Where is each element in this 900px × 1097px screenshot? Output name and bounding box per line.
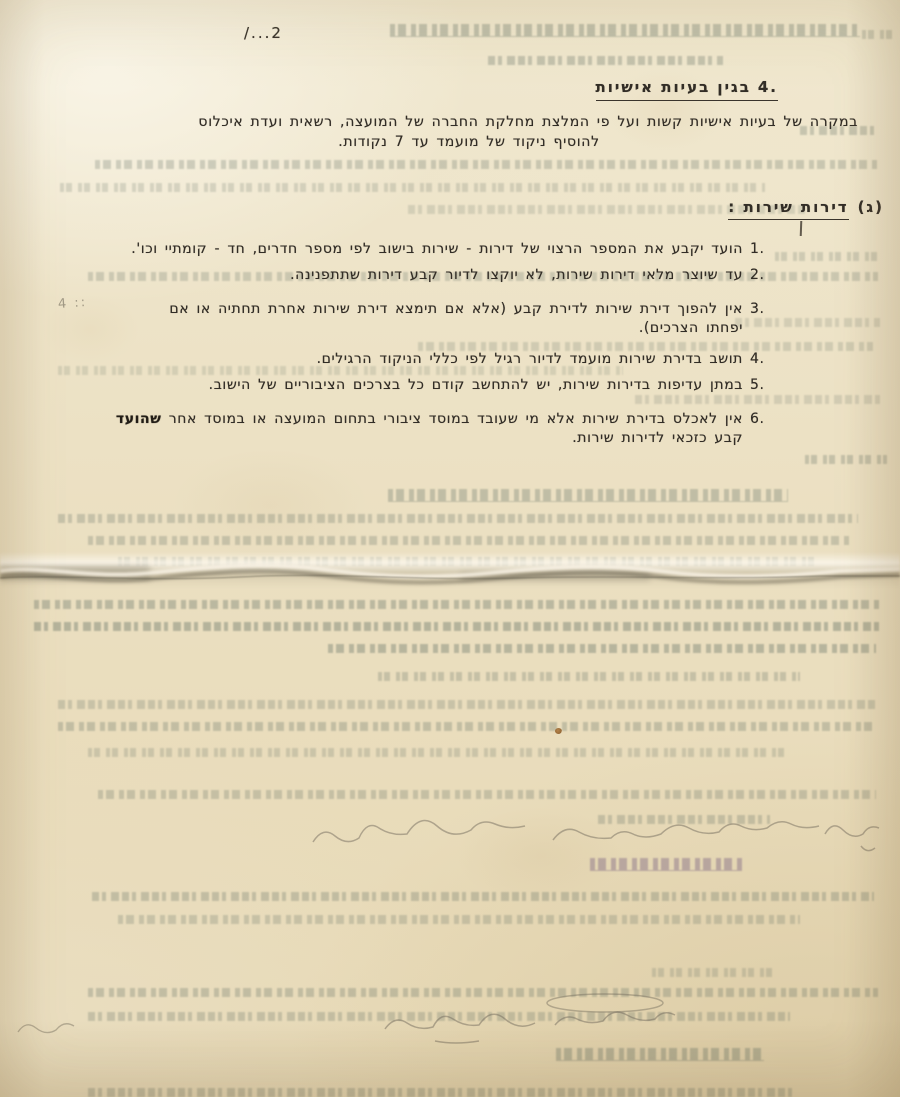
handwriting-scribble xyxy=(375,995,725,1050)
item-text: אין להפוך דירת שירות לדירת קבע (אלא אם ת… xyxy=(60,300,743,338)
service-apartments-list: 1.הועד יקבע את המספר הרצוי של דירות - שי… xyxy=(60,240,772,448)
item-text: עד שיוצר מלאי דירות שירות, לא יוקצו לדיו… xyxy=(60,266,743,285)
pencil-margin-marks: 4 :: xyxy=(58,295,88,312)
bleed-through-line xyxy=(390,24,860,37)
item-text: במתן עדיפות בדירות שירות, יש להתחשב קודם… xyxy=(60,376,743,395)
list-item: 2.עד שיוצר מלאי דירות שירות, לא יוקצו לד… xyxy=(60,266,772,285)
item-number: 4. xyxy=(750,350,772,369)
page-number: /...2 xyxy=(244,24,283,42)
bleed-through-line xyxy=(388,489,788,502)
item-text: אין לאכלס בדירת שירות אלא מי שעובד במוסד… xyxy=(60,410,743,448)
handwriting-scribble xyxy=(305,812,890,860)
bleed-through-line xyxy=(98,790,876,799)
pencil-tick-mark xyxy=(800,221,803,236)
bleed-through-line xyxy=(862,30,894,39)
intro-line-2: להוסיף ניקוד של מועמד עד 7 נקודות. xyxy=(58,133,880,153)
stain-fleck xyxy=(555,728,562,734)
bleed-through-line xyxy=(34,622,879,631)
list-item: 3.אין להפוך דירת שירות לדירת קבע (אלא אם… xyxy=(60,300,772,338)
item-number: 2. xyxy=(750,266,772,285)
heading-number: 4. xyxy=(758,78,778,96)
item-text: תושב בדירת שירות מועמד לדיור רגיל לפי כל… xyxy=(60,350,743,369)
handwriting-scribble xyxy=(12,1012,82,1047)
intro-line-1: במקרה של בעיות אישיות קשות ועל פי המלצת … xyxy=(58,113,880,133)
list-item: 6.אין לאכלס בדירת שירות אלא מי שעובד במו… xyxy=(60,410,772,448)
bleed-through-line xyxy=(58,722,876,731)
subsection-letter: (ג) xyxy=(858,198,884,220)
bleed-through-line xyxy=(95,160,877,169)
bleed-through-line xyxy=(88,536,850,545)
heading-text: בגין בעיות אישיות xyxy=(596,78,751,96)
list-item: 1.הועד יקבע את המספר הרצוי של דירות - שי… xyxy=(60,240,772,259)
scanned-document-page: /...2 4. בגין בעיות אישיות במקרה של בעיו… xyxy=(0,0,900,1097)
section-4-heading: 4. בגין בעיות אישיות xyxy=(596,78,778,101)
list-item: 4.תושב בדירת שירות מועמד לדיור רגיל לפי … xyxy=(60,350,772,369)
subsection-heading: (ג) דירות שירות : xyxy=(728,198,884,220)
item-number: 1. xyxy=(750,240,772,259)
intro-paragraph: במקרה של בעיות אישיות קשות ועל פי המלצת … xyxy=(58,113,880,152)
bleed-through-line xyxy=(775,252,880,261)
bleed-through-line xyxy=(652,968,772,977)
bleed-through-line xyxy=(328,644,876,653)
bleed-through-line xyxy=(60,183,765,192)
bleed-through-line xyxy=(92,892,874,901)
item-text: הועד יקבע את המספר הרצוי של דירות - שירו… xyxy=(60,240,743,259)
bleed-through-line xyxy=(488,56,723,65)
item-number: 3. xyxy=(750,300,772,338)
bleed-through-line xyxy=(88,1088,792,1097)
bleed-through-line xyxy=(58,514,858,523)
bleed-through-line xyxy=(58,700,878,709)
item-number: 6. xyxy=(750,410,772,448)
bleed-through-line xyxy=(378,672,800,681)
list-item: 5.במתן עדיפות בדירות שירות, יש להתחשב קו… xyxy=(60,376,772,395)
item-number: 5. xyxy=(750,376,772,395)
bleed-through-line xyxy=(805,455,887,464)
bleed-through-line xyxy=(88,748,788,757)
bleed-through-line xyxy=(118,915,800,924)
subsection-title: דירות שירות : xyxy=(728,198,848,220)
fold-crease-line xyxy=(0,545,900,607)
